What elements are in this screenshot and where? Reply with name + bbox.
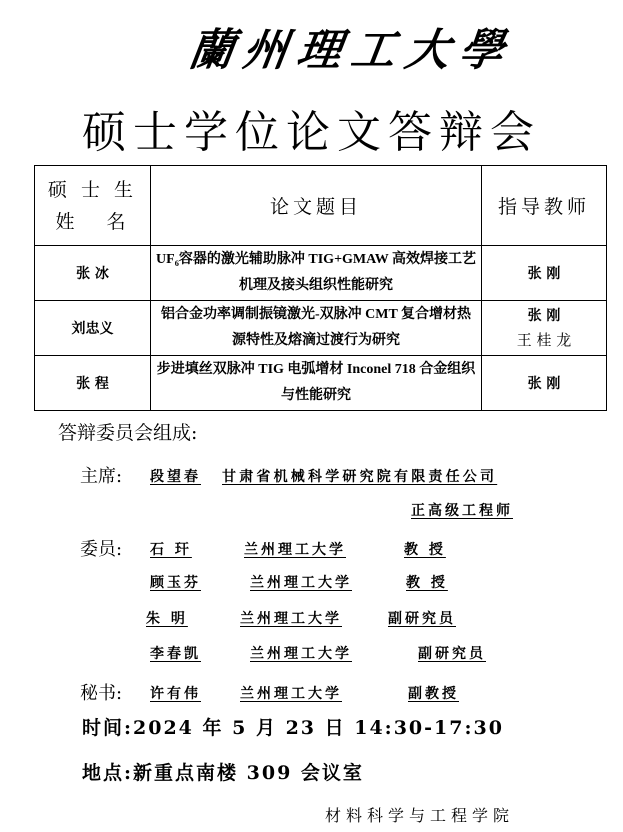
time-label: 时间: bbox=[82, 717, 133, 739]
member-name: 朱 明 bbox=[146, 608, 198, 628]
committee-heading: 答辩委员会组成: bbox=[58, 418, 197, 445]
chair-role-label: 主席: bbox=[80, 462, 122, 488]
secretary-name: 许有伟 bbox=[150, 683, 201, 703]
member-name: 石 玕 bbox=[150, 539, 198, 559]
member-title: 教 授 bbox=[390, 539, 486, 559]
table-row: 张 冰 UF₆容器的激光辅助脉冲 TIG+GMAW 高效焊接工艺 机理及接头组织… bbox=[35, 246, 607, 301]
table-row: 张 程 步进填丝双脉冲 TIG 电弧增材 Inconel 718 合金组织 与性… bbox=[35, 356, 607, 411]
thesis-title: 铝合金功率调制振镜激光-双脉冲 CMT 复合增材热 源特性及熔滴过渡行为研究 bbox=[151, 301, 482, 356]
chair-affiliation: 甘肃省机械科学研究院有限责任公司 bbox=[222, 466, 497, 486]
student-name: 张 冰 bbox=[35, 246, 151, 301]
defense-roster-table: 硕 士 生 姓 名 论文题目 指导教师 张 冰 UF₆容器的激光辅助脉冲 TIG… bbox=[34, 165, 607, 411]
student-name: 刘忠义 bbox=[35, 301, 151, 356]
time-value: 2024 年 5 月 23 日 14:30-17:30 bbox=[133, 717, 504, 739]
member-affiliation: 兰州理工大学 bbox=[222, 539, 368, 559]
event-place: 地点:新重点南楼 309 会议室 bbox=[82, 758, 364, 785]
place-label: 地点: bbox=[82, 762, 133, 784]
advisor: 张 刚 bbox=[482, 246, 607, 301]
member-title: 副研究员 bbox=[388, 608, 480, 628]
advisor: 张 刚 王 桂 龙 bbox=[482, 301, 607, 356]
secretary-affiliation: 兰州理工大学 bbox=[218, 683, 364, 703]
members-role-label: 委员: bbox=[80, 535, 122, 561]
advisor: 张 刚 bbox=[482, 356, 607, 411]
event-time: 时间:2024 年 5 月 23 日 14:30-17:30 bbox=[82, 713, 504, 740]
member-name: 李春凯 bbox=[150, 643, 201, 663]
member-affiliation: 兰州理工大学 bbox=[228, 643, 374, 663]
member-title: 副研究员 bbox=[408, 643, 504, 663]
table-header-row: 硕 士 生 姓 名 论文题目 指导教师 bbox=[35, 166, 607, 246]
university-logo: 蘭州理工大學 bbox=[186, 14, 519, 78]
school-name: 材料科学与工程学院 bbox=[325, 803, 514, 826]
secretary-role-label: 秘书: bbox=[80, 679, 122, 705]
header-student-name: 硕 士 生 姓 名 bbox=[35, 166, 151, 246]
member-affiliation: 兰州理工大学 bbox=[228, 572, 374, 592]
thesis-title: UF₆容器的激光辅助脉冲 TIG+GMAW 高效焊接工艺 机理及接头组织性能研究 bbox=[151, 246, 482, 301]
header-advisor: 指导教师 bbox=[482, 166, 607, 246]
place-value: 新重点南楼 309 会议室 bbox=[133, 762, 364, 784]
member-affiliation: 兰州理工大学 bbox=[218, 608, 364, 628]
header-student-line1: 硕 士 生 bbox=[35, 174, 150, 206]
table-row: 刘忠义 铝合金功率调制振镜激光-双脉冲 CMT 复合增材热 源特性及熔滴过渡行为… bbox=[35, 301, 607, 356]
student-name: 张 程 bbox=[35, 356, 151, 411]
header-student-line2: 姓 名 bbox=[56, 206, 130, 238]
chair-name: 段望春 bbox=[150, 466, 201, 486]
member-name: 顾玉芬 bbox=[150, 572, 201, 592]
secretary-title: 副教授 bbox=[398, 683, 500, 703]
chair-title: 正高级工程师 bbox=[411, 500, 513, 520]
member-title: 教 授 bbox=[396, 572, 490, 592]
header-thesis-title: 论文题目 bbox=[151, 166, 482, 246]
thesis-title: 步进填丝双脉冲 TIG 电弧增材 Inconel 718 合金组织 与性能研究 bbox=[151, 356, 482, 411]
page-title: 硕士学位论文答辩会 bbox=[0, 96, 623, 160]
